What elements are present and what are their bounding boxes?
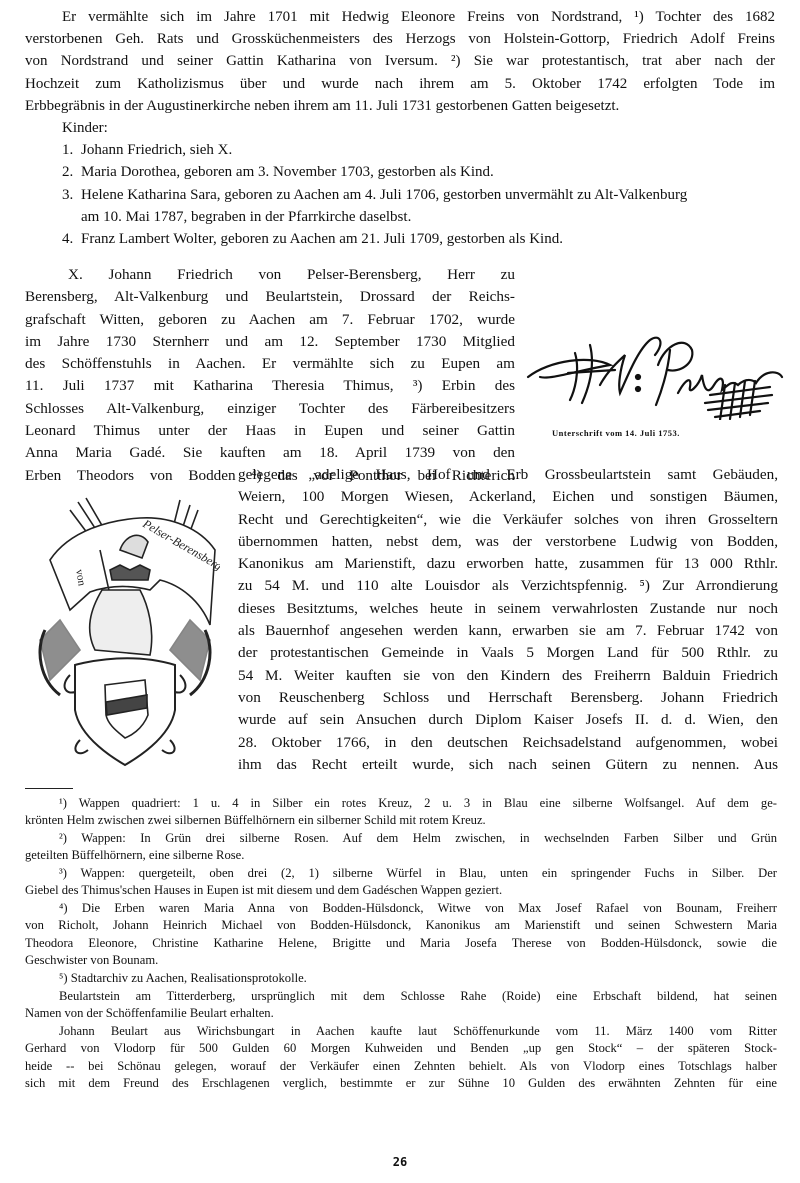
- child-number: 3.: [62, 184, 81, 206]
- footnote-divider: [25, 788, 73, 789]
- child-item-2: 2.Maria Dorothea, geboren am 3. November…: [62, 161, 777, 183]
- document-page: Er vermählte sich im Jahre 1701 mit Hedw…: [0, 0, 800, 1183]
- text-line: Leonard Thimus unter der Haas in Eupen u…: [25, 420, 515, 442]
- footnote-line: ⁵) Stadtarchiv zu Aachen, Realisationspr…: [25, 970, 777, 987]
- section-heading-line: X. Johann Friedrich von Pelser-Berensber…: [25, 264, 515, 286]
- text-line: der protestantischen Gemeinde in Vaals 5…: [238, 642, 778, 664]
- footnote-3: ³) Wappen: quergeteilt, oben drei (2, 1)…: [25, 865, 777, 900]
- text-line: Schlosses Alt-Valkenburg, einziger Tocht…: [25, 398, 515, 420]
- coat-of-arms-icon: von Pelser-Berensberg: [30, 480, 220, 770]
- text-line: Er vermählte sich im Jahre 1701 mit Hedw…: [25, 6, 775, 28]
- coat-of-arms-image: von Pelser-Berensberg: [30, 480, 220, 770]
- text-line: von Nordstrand und seiner Gattin Kathari…: [25, 50, 775, 72]
- footnote-4: ⁴) Die Erben waren Maria Anna von Bodden…: [25, 900, 777, 969]
- child-text: am 10. Mai 1787, begraben in der Pfarrki…: [81, 209, 411, 225]
- text-line: ihm das Recht erteilt wurde, sich nach s…: [238, 754, 778, 776]
- signature-caption: Unterschrift vom 14. Juli 1753.: [552, 428, 680, 438]
- footnote-line: ¹) Wappen quadriert: 1 u. 4 in Silber ei…: [25, 795, 777, 812]
- text-line: grafschaft Witten, geboren zu Aachen am …: [25, 309, 515, 331]
- child-text: Maria Dorothea, geboren am 3. November 1…: [81, 164, 494, 180]
- footnote-line: heide -- bei Schönau gelegen, worauf der…: [25, 1058, 777, 1075]
- text-line: 11. Juli 1737 mit Katharina Theresia Thi…: [25, 375, 515, 397]
- footnote-line: ⁴) Die Erben waren Maria Anna von Bodden…: [25, 900, 777, 917]
- text-line: 54 M. Weiter kauften sie von den Kindern…: [238, 665, 778, 687]
- text-line: Kanonikus am Marienstift, dazu erworben …: [238, 553, 778, 575]
- footnote-line: Gerhard von Vlodorp für 500 Gulden 60 Mo…: [25, 1040, 777, 1057]
- text-line: dieses Besitztums, welches heute in sein…: [238, 598, 778, 620]
- children-heading: Kinder:: [62, 117, 262, 139]
- footnote-1: ¹) Wappen quadriert: 1 u. 4 in Silber ei…: [25, 795, 777, 830]
- footnote-line: krönten Helm zwischen zwei silbernen Büf…: [25, 812, 777, 829]
- text-line: des Schöffenstuhls in Aachen. Er vermähl…: [25, 353, 515, 375]
- child-number: 1.: [62, 139, 81, 161]
- footnote-line: Beulartstein am Titterderberg, ursprüngl…: [25, 988, 777, 1005]
- text-line: Erbbegräbnis in der Augustinerkirche neb…: [25, 95, 775, 117]
- footnote-line: sich mit dem Freund des Erschlagenen ver…: [25, 1075, 777, 1092]
- child-text: Franz Lambert Wolter, geboren zu Aachen …: [81, 231, 563, 247]
- text-line: Hochzeit zum Katholizismus über und wurd…: [25, 73, 775, 95]
- child-text: Helene Katharina Sara, geboren zu Aachen…: [81, 187, 687, 203]
- section-x-paragraph: X. Johann Friedrich von Pelser-Berensber…: [25, 264, 515, 487]
- section-x-continuation: gelegene „adelige Haus, Hof und Erb Gros…: [238, 464, 778, 776]
- text-line: Recht und Gerechtigkeiten“, wie die Verk…: [238, 509, 778, 531]
- text-line: Berensberg, Alt-Valkenburg und Beulartst…: [25, 286, 515, 308]
- footnote-line: geteilten Büffelhörnern, eine silberne R…: [25, 847, 777, 864]
- intro-paragraph: Er vermählte sich im Jahre 1701 mit Hedw…: [25, 6, 775, 117]
- footnote-5-note-beulartstein: Beulartstein am Titterderberg, ursprüngl…: [25, 988, 777, 1023]
- footnote-line: Giebel des Thimus'schen Hauses in Eupen …: [25, 882, 777, 899]
- child-item-3: 3.Helene Katharina Sara, geboren zu Aach…: [62, 184, 777, 228]
- text-line: gelegene „adelige Haus, Hof und Erb Gros…: [238, 464, 778, 486]
- text-line: Anna Maria Gadé. Sie kauften am 18. Apri…: [25, 442, 515, 464]
- text-line: zu 54 M. und 110 alte Louisdor als Verzi…: [238, 575, 778, 597]
- signature-image: [520, 315, 790, 420]
- footnote-line: Geschwister von Bounam.: [25, 952, 777, 969]
- child-item-1: 1.Johann Friedrich, sieh X.: [62, 139, 777, 161]
- footnote-line: ²) Wappen: In Grün drei silberne Rosen. …: [25, 830, 777, 847]
- footnote-line: von Richolt, Johann Heinrich Michael von…: [25, 917, 777, 934]
- signature-icon: [520, 315, 790, 420]
- text-line: 28. Oktober 1766, in den deutschen Reich…: [238, 732, 778, 754]
- footnote-line: Namen von der Schöffenfamilie Beulart er…: [25, 1005, 777, 1022]
- text-line: wurde auf sein Ansuchen durch Diplom Kai…: [238, 709, 778, 731]
- text-line: übernommen hatten, nebst dem, was der ve…: [238, 531, 778, 553]
- footnote-line: ³) Wappen: quergeteilt, oben drei (2, 1)…: [25, 865, 777, 882]
- footnote-line: Johann Beulart aus Wirichsbungart in Aac…: [25, 1023, 777, 1040]
- footnote-5-note-beulart: Johann Beulart aus Wirichsbungart in Aac…: [25, 1023, 777, 1092]
- child-text: Johann Friedrich, sieh X.: [81, 142, 232, 158]
- footnote-2: ²) Wappen: In Grün drei silberne Rosen. …: [25, 830, 777, 865]
- text-line: verstorbenen Geh. Rats und Grossküchenme…: [25, 28, 775, 50]
- page-number: 26: [0, 1155, 800, 1169]
- text-line: von Reuschenberg Schloss und Herrschaft …: [238, 687, 778, 709]
- text-line: im Jahre 1730 Sternherr und am 12. Septe…: [25, 331, 515, 353]
- footnote-5: ⁵) Stadtarchiv zu Aachen, Realisationspr…: [25, 970, 777, 987]
- child-number: 4.: [62, 228, 81, 250]
- text-line: Weiern, 100 Morgen Wiesen, Ackerland, Ei…: [238, 486, 778, 508]
- footnote-line: Theodora Eleonore, Christine Katharine H…: [25, 935, 777, 952]
- child-item-4: 4.Franz Lambert Wolter, geboren zu Aache…: [62, 228, 777, 250]
- text-line: als Bauernhof angesehen werden kann, erw…: [238, 620, 778, 642]
- child-number: 2.: [62, 161, 81, 183]
